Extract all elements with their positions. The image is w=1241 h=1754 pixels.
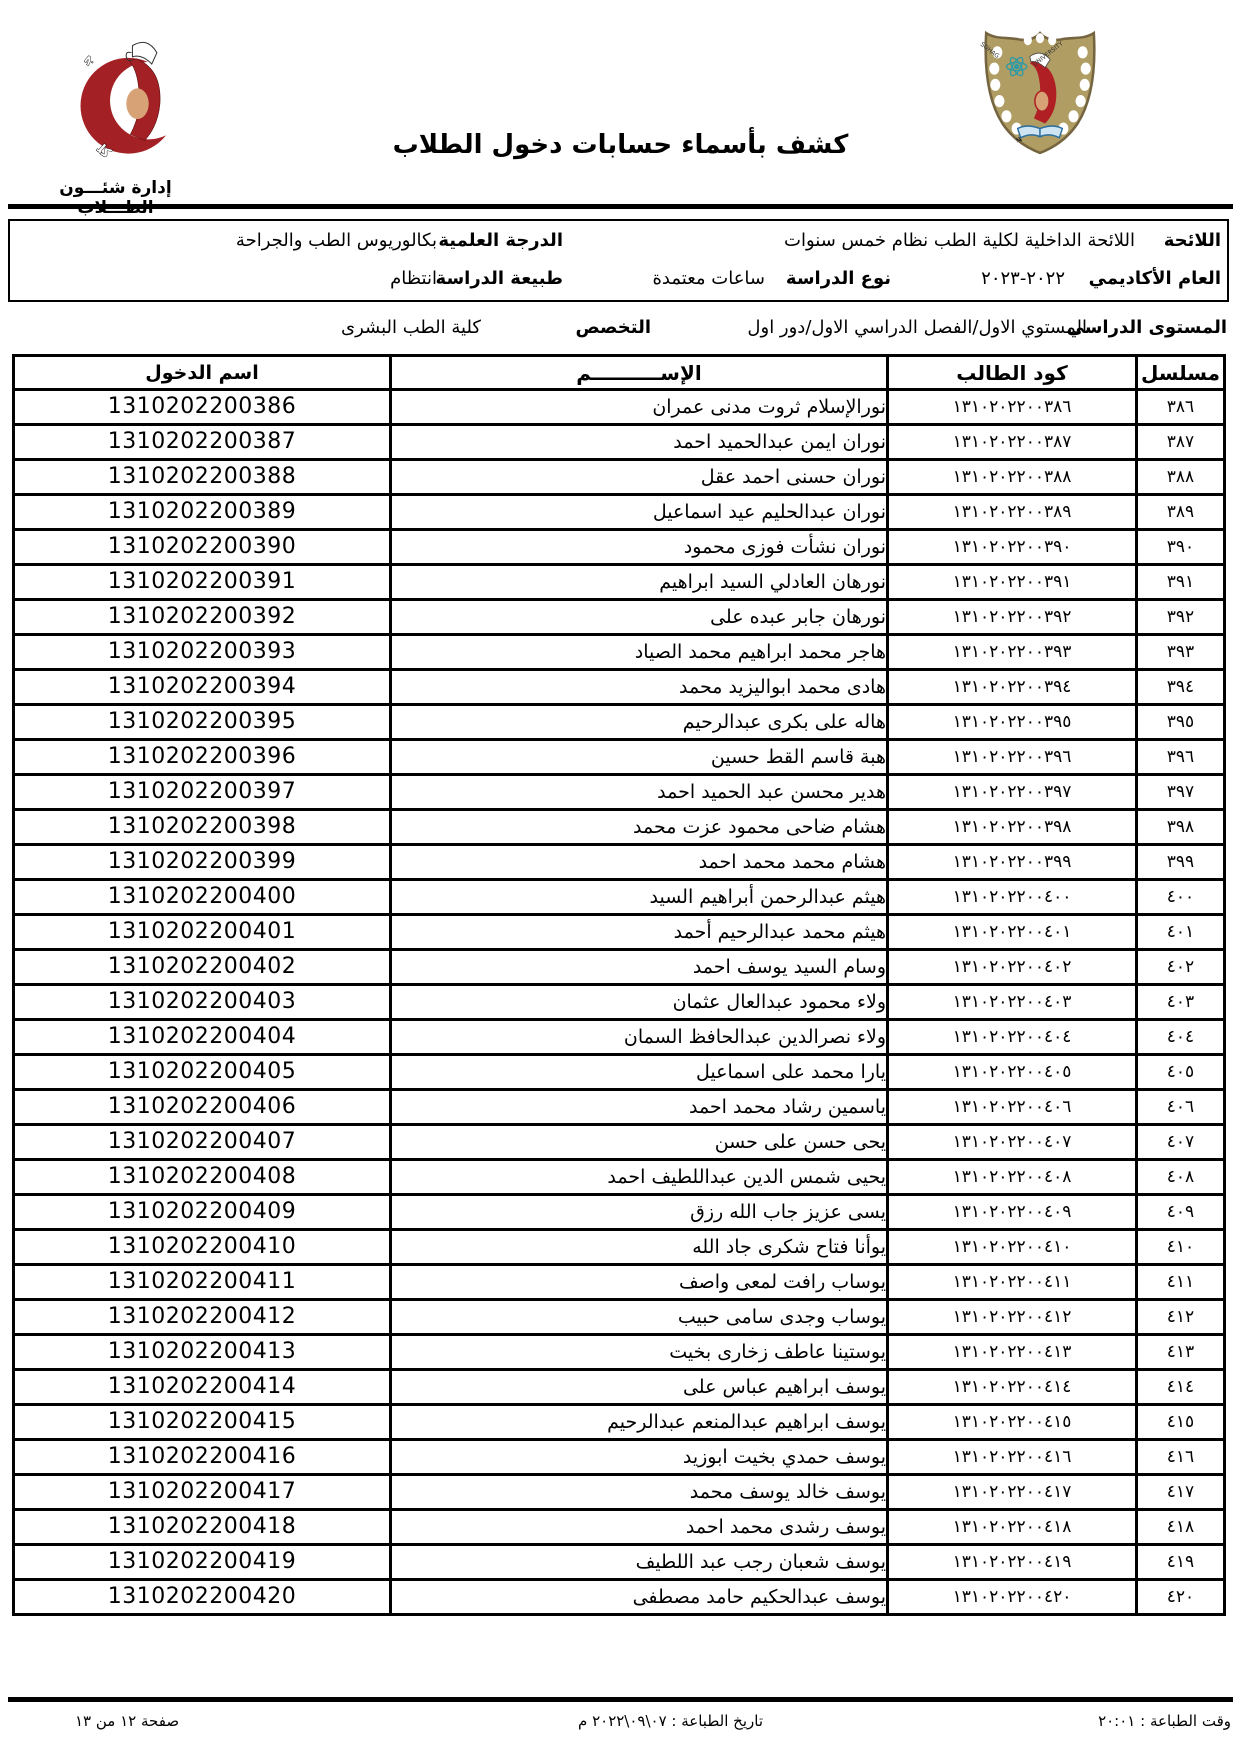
student-code-cell: ١٣١٠٢٠٢٢٠٠٤١١ [888, 1265, 1137, 1300]
student-name-cell: هدير محسن عبد الحميد احمد [391, 775, 888, 810]
report-page: جامعة سوهاج كلية الطب [0, 0, 1241, 1754]
login-name-cell: 1310202200390 [14, 530, 391, 565]
print-date: تاريخ الطباعة : ٢٠٢٢\٠٩\٠٧ م [578, 1712, 763, 1730]
login-name-cell: 1310202200397 [14, 775, 391, 810]
login-name-cell: 1310202200419 [14, 1545, 391, 1580]
print-time: وقت الطباعة : ٢٠:٠١ [1098, 1712, 1231, 1730]
table-row: ٤٠٢١٣١٠٢٠٢٢٠٠٤٠٢وسام السيد يوسف احمد1310… [14, 950, 1225, 985]
serial-cell: ٣٩٠ [1137, 530, 1225, 565]
name-header: الإســــــــــم [391, 356, 888, 390]
student-code-cell: ١٣١٠٢٠٢٢٠٠٣٩٧ [888, 775, 1137, 810]
student-name-cell: نورهان العادلي السيد ابراهيم [391, 565, 888, 600]
login-name-cell: 1310202200396 [14, 740, 391, 775]
student-code-cell: ١٣١٠٢٠٢٢٠٠٤١٥ [888, 1405, 1137, 1440]
login-name-cell: 1310202200409 [14, 1195, 391, 1230]
students-table: مسلسل كود الطالب الإســــــــــم اسم الد… [12, 354, 1226, 1616]
student-name-cell: ولاء محمود عبدالعال عثمان [391, 985, 888, 1020]
student-code-cell: ١٣١٠٢٠٢٢٠٠٤١٦ [888, 1440, 1137, 1475]
table-row: ٤١٨١٣١٠٢٠٢٢٠٠٤١٨يوسف رشدى محمد احمد13102… [14, 1510, 1225, 1545]
serial-cell: ٤١٤ [1137, 1370, 1225, 1405]
table-row: ٤٢٠١٣١٠٢٠٢٢٠٠٤٢٠يوسف عبدالحكيم حامد مصطف… [14, 1580, 1225, 1615]
table-row: ٤١٥١٣١٠٢٠٢٢٠٠٤١٥يوسف ابراهيم عبدالمنعم ع… [14, 1405, 1225, 1440]
student-name-cell: وسام السيد يوسف احمد [391, 950, 888, 985]
login-name-cell: 1310202200399 [14, 845, 391, 880]
login-name-cell: 1310202200413 [14, 1335, 391, 1370]
print-date-suffix: م [578, 1712, 587, 1730]
table-row: ٤٠٦١٣١٠٢٠٢٢٠٠٤٠٦ياسمين رشاد محمد احمد131… [14, 1090, 1225, 1125]
report-info-box: اللائحة اللائحة الداخلية لكلية الطب نظام… [8, 219, 1229, 302]
student-name-cell: يوسف ابراهيم عبدالمنعم عبدالرحيم [391, 1405, 888, 1440]
login-name-cell: 1310202200388 [14, 460, 391, 495]
academic-year-label: العام الأكاديمي [1089, 264, 1221, 294]
login-name-cell: 1310202200401 [14, 915, 391, 950]
table-row: ٤٠٣١٣١٠٢٠٢٢٠٠٤٠٣ولاء محمود عبدالعال عثما… [14, 985, 1225, 1020]
student-code-cell: ١٣١٠٢٠٢٢٠٠٣٩٩ [888, 845, 1137, 880]
login-name-cell: 1310202200407 [14, 1125, 391, 1160]
serial-cell: ٣٩٢ [1137, 600, 1225, 635]
student-code-cell: ١٣١٠٢٠٢٢٠٠٣٨٩ [888, 495, 1137, 530]
degree-label: الدرجة العلمية [438, 226, 563, 256]
student-name-cell: نورالإسلام ثروت مدنى عمران [391, 390, 888, 425]
table-row: ٣٨٨١٣١٠٢٠٢٢٠٠٣٨٨نوران حسنى احمد عقل13102… [14, 460, 1225, 495]
login-name-cell: 1310202200404 [14, 1020, 391, 1055]
login-name-cell: 1310202200393 [14, 635, 391, 670]
student-name-cell: هشام ضاحى محمود عزت محمد [391, 810, 888, 845]
student-code-cell: ١٣١٠٢٠٢٢٠٠٣٩١ [888, 565, 1137, 600]
table-row: ٤١٦١٣١٠٢٠٢٢٠٠٤١٦يوسف حمدي بخيت ابوزيد131… [14, 1440, 1225, 1475]
serial-cell: ٣٩٥ [1137, 705, 1225, 740]
login-name-cell: 1310202200394 [14, 670, 391, 705]
print-date-value: ٢٠٢٢\٠٩\٠٧ [592, 1712, 667, 1730]
header-divider [8, 204, 1233, 209]
table-row: ٤٠٧١٣١٠٢٠٢٢٠٠٤٠٧يحى حسن على حسن131020220… [14, 1125, 1225, 1160]
student-name-cell: يسى عزيز جاب الله رزق [391, 1195, 888, 1230]
student-code-cell: ١٣١٠٢٠٢٢٠٠٤٠٥ [888, 1055, 1137, 1090]
footer-divider [8, 1697, 1233, 1702]
table-row: ٣٨٧١٣١٠٢٠٢٢٠٠٣٨٧نوران ايمن عبدالحميد احم… [14, 425, 1225, 460]
table-row: ٣٩٥١٣١٠٢٠٢٢٠٠٣٩٥هاله على بكرى عبدالرحيم1… [14, 705, 1225, 740]
student-code-cell: ١٣١٠٢٠٢٢٠٠٣٨٧ [888, 425, 1137, 460]
login-name-cell: 1310202200414 [14, 1370, 391, 1405]
serial-cell: ٤٠٣ [1137, 985, 1225, 1020]
serial-cell: ٣٩٧ [1137, 775, 1225, 810]
student-name-cell: نوران نشأت فوزى محمود [391, 530, 888, 565]
table-row: ٤٠٠١٣١٠٢٠٢٢٠٠٤٠٠هيثم عبدالرحمن أبراهيم ا… [14, 880, 1225, 915]
academic-year-value: ٢٠٢٢-٢٠٢٣ [981, 264, 1065, 294]
table-row: ٤١١١٣١٠٢٠٢٢٠٠٤١١يوساب رافت لمعى واصف1310… [14, 1265, 1225, 1300]
student-code-cell: ١٣١٠٢٠٢٢٠٠٤٠٧ [888, 1125, 1137, 1160]
login-name-cell: 1310202200411 [14, 1265, 391, 1300]
student-code-cell: ١٣١٠٢٠٢٢٠٠٤٠٨ [888, 1160, 1137, 1195]
student-code-cell: ١٣١٠٢٠٢٢٠٠٤٠٠ [888, 880, 1137, 915]
page-title: كشف بأسماء حسابات دخول الطلاب [0, 130, 1241, 160]
student-code-cell: ١٣١٠٢٠٢٢٠٠٣٩٣ [888, 635, 1137, 670]
login-name-cell: 1310202200420 [14, 1580, 391, 1615]
serial-cell: ٣٩٤ [1137, 670, 1225, 705]
login-name-cell: 1310202200416 [14, 1440, 391, 1475]
login-name-header: اسم الدخول [14, 356, 391, 390]
serial-cell: ٤٠٥ [1137, 1055, 1225, 1090]
student-name-cell: يوساب وجدى سامى حبيب [391, 1300, 888, 1335]
student-code-cell: ١٣١٠٢٠٢٢٠٠٤١٩ [888, 1545, 1137, 1580]
login-name-cell: 1310202200412 [14, 1300, 391, 1335]
serial-cell: ٤١٠ [1137, 1230, 1225, 1265]
table-row: ٤١٤١٣١٠٢٠٢٢٠٠٤١٤يوسف ابراهيم عباس على131… [14, 1370, 1225, 1405]
student-name-cell: نوران ايمن عبدالحميد احمد [391, 425, 888, 460]
table-row: ٤١٣١٣١٠٢٠٢٢٠٠٤١٣يوستينا عاطف زخارى بخيت1… [14, 1335, 1225, 1370]
table-row: ٣٩٦١٣١٠٢٠٢٢٠٠٣٩٦هبة قاسم القط حسين131020… [14, 740, 1225, 775]
student-code-header: كود الطالب [888, 356, 1137, 390]
table-row: ٤١٩١٣١٠٢٠٢٢٠٠٤١٩يوسف شعبان رجب عبد اللطي… [14, 1545, 1225, 1580]
login-name-cell: 1310202200418 [14, 1510, 391, 1545]
serial-cell: ٣٩٣ [1137, 635, 1225, 670]
student-code-cell: ١٣١٠٢٠٢٢٠٠٤٠٣ [888, 985, 1137, 1020]
login-name-cell: 1310202200386 [14, 390, 391, 425]
left-logo-top-text: جامعة سوهاج [72, 8, 97, 68]
student-name-cell: هاله على بكرى عبدالرحيم [391, 705, 888, 740]
student-code-cell: ١٣١٠٢٠٢٢٠٠٤٠١ [888, 915, 1137, 950]
regulation-label: اللائحة [1164, 226, 1221, 256]
print-time-value: ٢٠:٠١ [1098, 1712, 1135, 1730]
table-row: ٣٩٣١٣١٠٢٠٢٢٠٠٣٩٣هاجر محمد ابراهيم محمد ا… [14, 635, 1225, 670]
serial-cell: ٤٠٠ [1137, 880, 1225, 915]
login-name-cell: 1310202200408 [14, 1160, 391, 1195]
serial-header: مسلسل [1137, 356, 1225, 390]
login-name-cell: 1310202200391 [14, 565, 391, 600]
table-row: ٤١٧١٣١٠٢٠٢٢٠٠٤١٧يوسف خالد يوسف محمد13102… [14, 1475, 1225, 1510]
table-row: ٤٠٩١٣١٠٢٠٢٢٠٠٤٠٩يسى عزيز جاب الله رزق131… [14, 1195, 1225, 1230]
login-name-cell: 1310202200406 [14, 1090, 391, 1125]
student-name-cell: يارا محمد على اسماعيل [391, 1055, 888, 1090]
student-name-cell: يوسف ابراهيم عباس على [391, 1370, 888, 1405]
table-row: ٣٩٩١٣١٠٢٠٢٢٠٠٣٩٩هشام محمد محمد احمد13102… [14, 845, 1225, 880]
serial-cell: ٣٩٨ [1137, 810, 1225, 845]
student-code-cell: ١٣١٠٢٠٢٢٠٠٣٩٦ [888, 740, 1137, 775]
student-name-cell: يوسف رشدى محمد احمد [391, 1510, 888, 1545]
serial-cell: ٤١٦ [1137, 1440, 1225, 1475]
student-code-cell: ١٣١٠٢٠٢٢٠٠٤١٧ [888, 1475, 1137, 1510]
table-row: ٤٠٨١٣١٠٢٠٢٢٠٠٤٠٨يحيى شمس الدين عبداللطيف… [14, 1160, 1225, 1195]
student-code-cell: ١٣١٠٢٠٢٢٠٠٣٩٤ [888, 670, 1137, 705]
student-name-cell: يحيى شمس الدين عبداللطيف احمد [391, 1160, 888, 1195]
student-code-cell: ١٣١٠٢٠٢٢٠٠٣٩٠ [888, 530, 1137, 565]
table-row: ٣٩٠١٣١٠٢٠٢٢٠٠٣٩٠نوران نشأت فوزى محمود131… [14, 530, 1225, 565]
student-code-cell: ١٣١٠٢٠٢٢٠٠٣٩٨ [888, 810, 1137, 845]
serial-cell: ٤٠٩ [1137, 1195, 1225, 1230]
login-name-cell: 1310202200403 [14, 985, 391, 1020]
student-code-cell: ١٣١٠٢٠٢٢٠٠٤٠٢ [888, 950, 1137, 985]
specialty-value: كلية الطب البشرى [341, 311, 481, 345]
serial-cell: ٤١٥ [1137, 1405, 1225, 1440]
degree-value: بكالوريوس الطب والجراحة [236, 226, 437, 256]
study-nature-value: انتظام [390, 264, 437, 294]
table-row: ٣٩١١٣١٠٢٠٢٢٠٠٣٩١نورهان العادلي السيد ابر… [14, 565, 1225, 600]
student-code-cell: ١٣١٠٢٠٢٢٠٠٤٠٤ [888, 1020, 1137, 1055]
student-name-cell: هيثم عبدالرحمن أبراهيم السيد [391, 880, 888, 915]
regulation-value: اللائحة الداخلية لكلية الطب نظام خمس سنو… [784, 226, 1135, 256]
table-row: ٣٩٨١٣١٠٢٠٢٢٠٠٣٩٨هشام ضاحى محمود عزت محمد… [14, 810, 1225, 845]
student-code-cell: ١٣١٠٢٠٢٢٠٠٤٠٦ [888, 1090, 1137, 1125]
login-name-cell: 1310202200392 [14, 600, 391, 635]
serial-cell: ٤٠١ [1137, 915, 1225, 950]
table-row: ٣٩٧١٣١٠٢٠٢٢٠٠٣٩٧هدير محسن عبد الحميد احم… [14, 775, 1225, 810]
student-name-cell: هشام محمد محمد احمد [391, 845, 888, 880]
table-row: ٣٨٩١٣١٠٢٠٢٢٠٠٣٨٩نوران عبدالحليم عيد اسما… [14, 495, 1225, 530]
student-code-cell: ١٣١٠٢٠٢٢٠٠٣٩٢ [888, 600, 1137, 635]
login-name-cell: 1310202200389 [14, 495, 391, 530]
student-name-cell: يحى حسن على حسن [391, 1125, 888, 1160]
students-table-body: ٣٨٦١٣١٠٢٠٢٢٠٠٣٨٦نورالإسلام ثروت مدنى عمر… [14, 390, 1225, 1615]
serial-cell: ٤٢٠ [1137, 1580, 1225, 1615]
login-name-cell: 1310202200395 [14, 705, 391, 740]
serial-cell: ٤٠٦ [1137, 1090, 1225, 1125]
student-code-cell: ١٣١٠٢٠٢٢٠٠٤٢٠ [888, 1580, 1137, 1615]
login-name-cell: 1310202200417 [14, 1475, 391, 1510]
login-name-cell: 1310202200402 [14, 950, 391, 985]
student-code-cell: ١٣١٠٢٠٢٢٠٠٤١٤ [888, 1370, 1137, 1405]
login-name-cell: 1310202200400 [14, 880, 391, 915]
serial-cell: ٣٨٧ [1137, 425, 1225, 460]
student-code-cell: ١٣١٠٢٠٢٢٠٠٤٠٩ [888, 1195, 1137, 1230]
student-code-cell: ١٣١٠٢٠٢٢٠٠٣٩٥ [888, 705, 1137, 740]
serial-cell: ٤١٨ [1137, 1510, 1225, 1545]
serial-cell: ٤١٧ [1137, 1475, 1225, 1510]
serial-cell: ٤١١ [1137, 1265, 1225, 1300]
student-name-cell: هاجر محمد ابراهيم محمد الصياد [391, 635, 888, 670]
level-line: المستوى الدراسي المستوي الاول/الفصل الدر… [8, 311, 1233, 347]
table-row: ٤٠١١٣١٠٢٠٢٢٠٠٤٠١هيثم محمد عبدالرحيم أحمد… [14, 915, 1225, 950]
student-code-cell: ١٣١٠٢٠٢٢٠٠٣٨٨ [888, 460, 1137, 495]
serial-cell: ٤١٣ [1137, 1335, 1225, 1370]
table-row: ٤١٠١٣١٠٢٠٢٢٠٠٤١٠يوأنا فتاح شكرى جاد الله… [14, 1230, 1225, 1265]
login-name-cell: 1310202200387 [14, 425, 391, 460]
table-row: ٤١٢١٣١٠٢٠٢٢٠٠٤١٢يوساب وجدى سامى حبيب1310… [14, 1300, 1225, 1335]
student-name-cell: هبة قاسم القط حسين [391, 740, 888, 775]
study-nature-label: طبيعة الدراسة [436, 264, 563, 294]
login-name-cell: 1310202200415 [14, 1405, 391, 1440]
table-header-row: مسلسل كود الطالب الإســــــــــم اسم الد… [14, 356, 1225, 390]
student-code-cell: ١٣١٠٢٠٢٢٠٠٤١٨ [888, 1510, 1137, 1545]
study-type-value: ساعات معتمدة [653, 264, 766, 294]
serial-cell: ٤١٩ [1137, 1545, 1225, 1580]
table-row: ٣٨٦١٣١٠٢٠٢٢٠٠٣٨٦نورالإسلام ثروت مدنى عمر… [14, 390, 1225, 425]
student-name-cell: يوسف حمدي بخيت ابوزيد [391, 1440, 888, 1475]
login-name-cell: 1310202200410 [14, 1230, 391, 1265]
student-name-cell: هيثم محمد عبدالرحيم أحمد [391, 915, 888, 950]
login-name-cell: 1310202200405 [14, 1055, 391, 1090]
study-type-label: نوع الدراسة [786, 264, 891, 294]
student-name-cell: يوأنا فتاح شكرى جاد الله [391, 1230, 888, 1265]
student-name-cell: نورهان جابر عبده على [391, 600, 888, 635]
level-label: المستوى الدراسي [1067, 311, 1227, 345]
student-code-cell: ١٣١٠٢٠٢٢٠٠٤١٣ [888, 1335, 1137, 1370]
table-row: ٣٩٢١٣١٠٢٠٢٢٠٠٣٩٢نورهان جابر عبده على1310… [14, 600, 1225, 635]
student-name-cell: نوران حسنى احمد عقل [391, 460, 888, 495]
login-name-cell: 1310202200398 [14, 810, 391, 845]
student-name-cell: ياسمين رشاد محمد احمد [391, 1090, 888, 1125]
page-number: صفحة ١٢ من ١٣ [75, 1712, 179, 1730]
serial-cell: ٣٩١ [1137, 565, 1225, 600]
student-name-cell: يوسف خالد يوسف محمد [391, 1475, 888, 1510]
serial-cell: ٤٠٧ [1137, 1125, 1225, 1160]
student-name-cell: ولاء نصرالدين عبدالحافظ السمان [391, 1020, 888, 1055]
table-row: ٤٠٥١٣١٠٢٠٢٢٠٠٤٠٥يارا محمد على اسماعيل131… [14, 1055, 1225, 1090]
student-name-cell: يوسف عبدالحكيم حامد مصطفى [391, 1580, 888, 1615]
student-code-cell: ١٣١٠٢٠٢٢٠٠٤١٢ [888, 1300, 1137, 1335]
serial-cell: ٤٠٢ [1137, 950, 1225, 985]
serial-cell: ٣٨٩ [1137, 495, 1225, 530]
print-time-label: وقت الطباعة : [1140, 1712, 1231, 1730]
serial-cell: ٣٩٦ [1137, 740, 1225, 775]
department-caption: إدارة شئـــون الطـــلاب [28, 178, 203, 218]
level-value: المستوي الاول/الفصل الدراسي الاول/دور او… [747, 311, 1087, 345]
student-code-cell: ١٣١٠٢٠٢٢٠٠٣٨٦ [888, 390, 1137, 425]
student-name-cell: يوستينا عاطف زخارى بخيت [391, 1335, 888, 1370]
serial-cell: ٣٨٦ [1137, 390, 1225, 425]
print-date-label: تاريخ الطباعة : [671, 1712, 763, 1730]
student-name-cell: يوسف شعبان رجب عبد اللطيف [391, 1545, 888, 1580]
specialty-label: التخصص [575, 311, 651, 345]
student-name-cell: هادى محمد ابواليزيد محمد [391, 670, 888, 705]
table-row: ٤٠٤١٣١٠٢٠٢٢٠٠٤٠٤ولاء نصرالدين عبدالحافظ … [14, 1020, 1225, 1055]
student-code-cell: ١٣١٠٢٠٢٢٠٠٤١٠ [888, 1230, 1137, 1265]
table-row: ٣٩٤١٣١٠٢٠٢٢٠٠٣٩٤هادى محمد ابواليزيد محمد… [14, 670, 1225, 705]
serial-cell: ٤٠٤ [1137, 1020, 1225, 1055]
serial-cell: ٤١٢ [1137, 1300, 1225, 1335]
serial-cell: ٣٩٩ [1137, 845, 1225, 880]
student-name-cell: يوساب رافت لمعى واصف [391, 1265, 888, 1300]
student-name-cell: نوران عبدالحليم عيد اسماعيل [391, 495, 888, 530]
serial-cell: ٤٠٨ [1137, 1160, 1225, 1195]
serial-cell: ٣٨٨ [1137, 460, 1225, 495]
